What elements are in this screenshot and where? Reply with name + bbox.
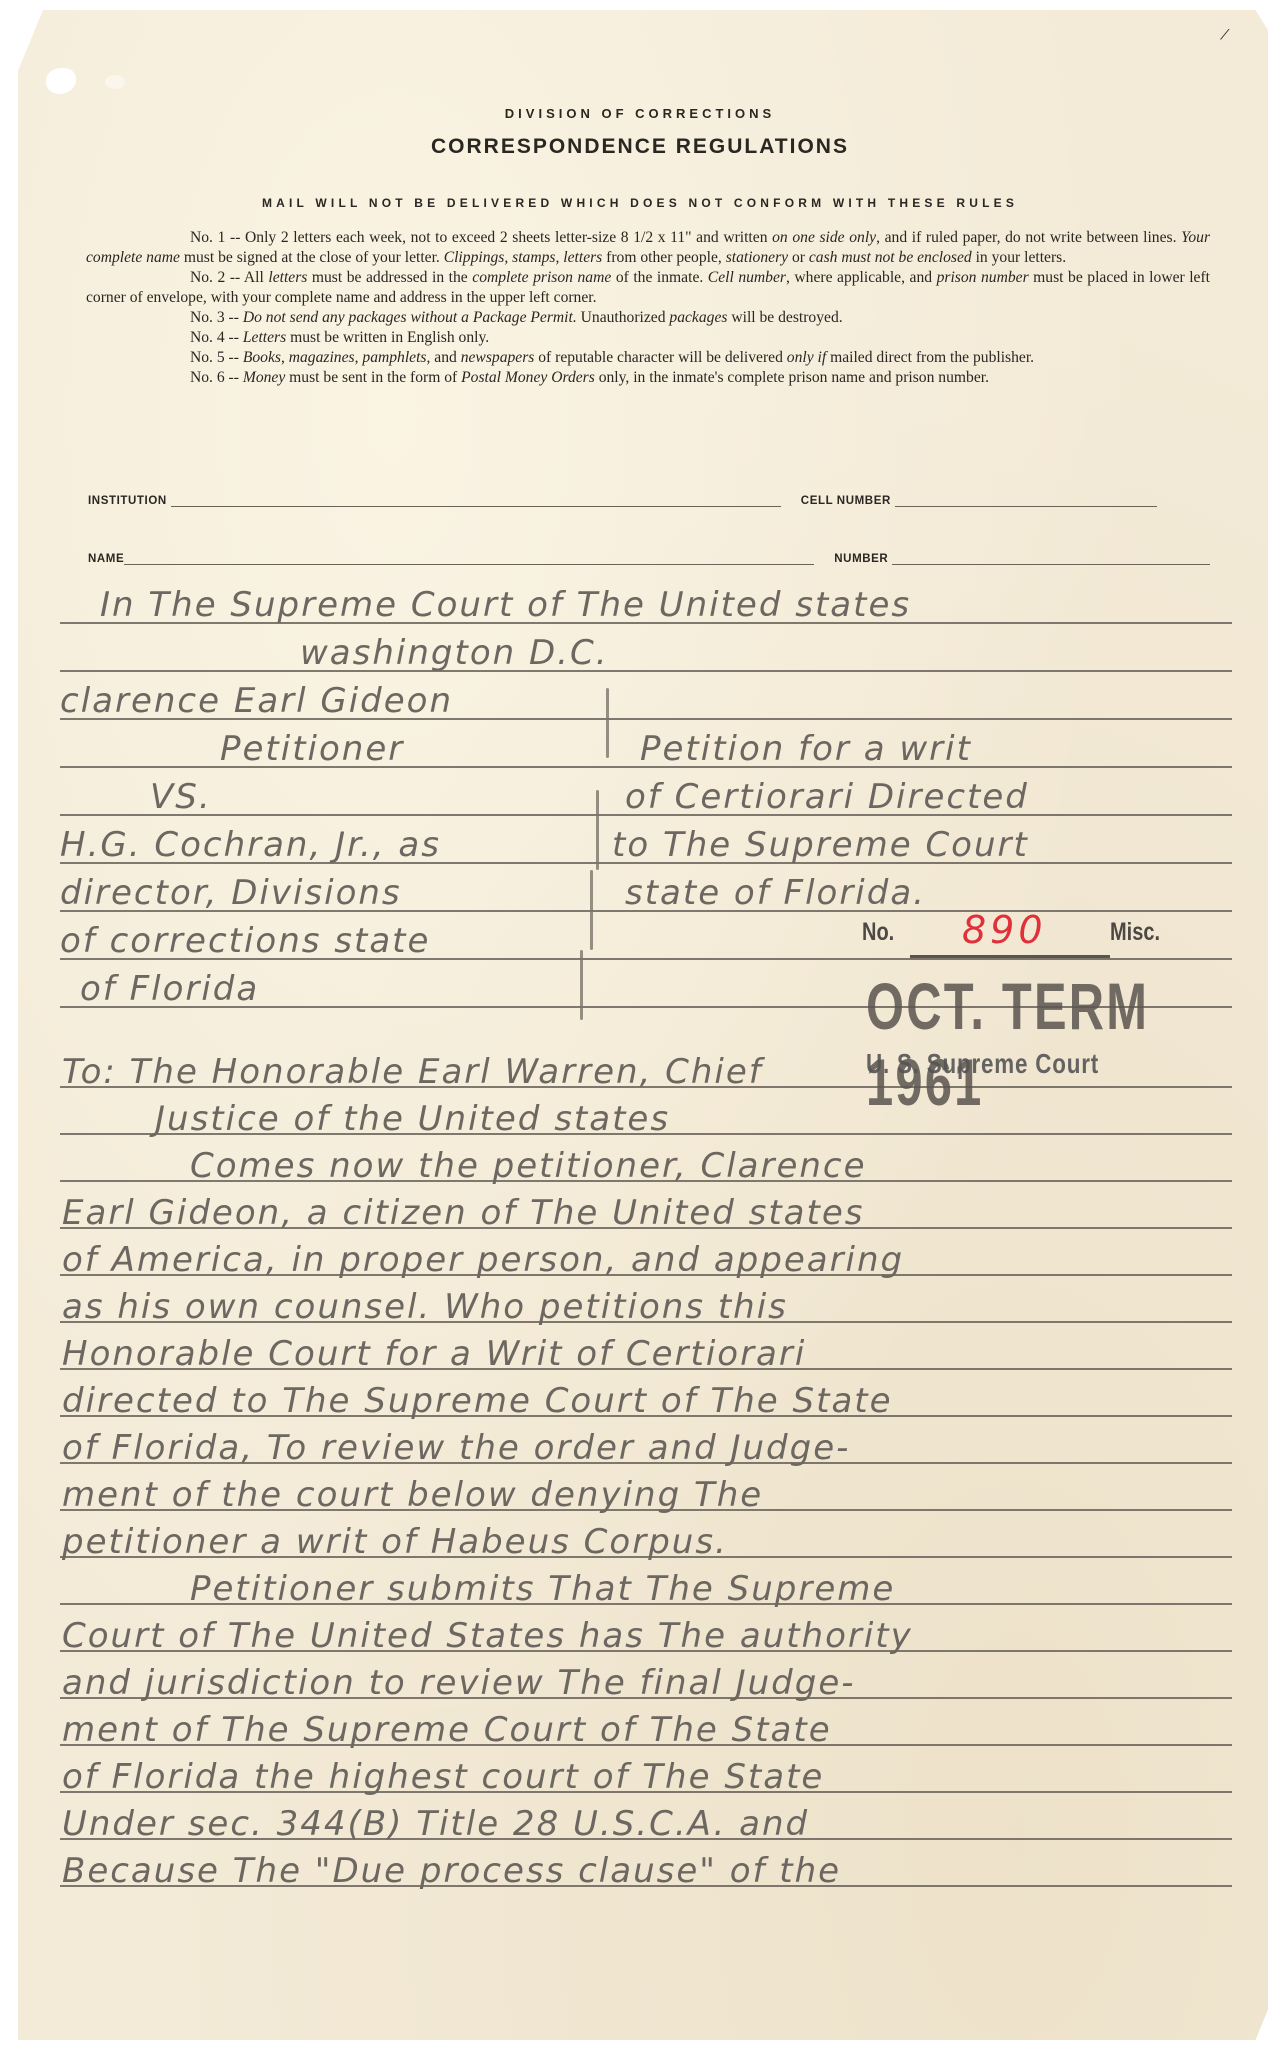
name-field[interactable] [124,552,814,565]
caption-bracket [580,950,583,1020]
caption-respondent-line3: of corrections state [60,921,430,961]
letter-line: To: The Honorable Earl Warren, Chief [62,1052,763,1092]
caption-bracket [590,870,593,950]
letter-line: Petitioner submits That The Supreme [190,1569,895,1609]
letter-line: Court of The United States has The autho… [62,1616,913,1656]
stamp-term: OCT. TERM 1961 [866,968,1172,1120]
letter-line: Under sec. 344(B) Title 28 U.S.C.A. and [62,1804,809,1844]
stamp-number-label: No. [862,918,894,947]
docket-number: 890 [962,908,1047,952]
number-field[interactable] [892,552,1210,565]
regulation-number: No. 2 -- [190,269,240,286]
caption-respondent-line2: director, Divisions [60,873,402,913]
letter-line: of Florida the highest court of The Stat… [62,1757,824,1797]
delivery-warning: MAIL WILL NOT BE DELIVERED WHICH DOES NO… [0,196,1280,210]
letter-line: Honorable Court for a Writ of Certiorari [62,1334,806,1374]
caption-petitioner-label: Petitioner [220,729,404,769]
caption-petition-line2: of Certiorari Directed [625,777,1029,817]
letter-line: as his own counsel. Who petitions this [62,1287,788,1327]
caption-respondent-line1: H.G. Cochran, Jr., as [60,825,441,865]
regulation-number: No. 6 -- [190,369,239,386]
regulation-number: No. 3 -- [190,309,239,326]
stamp-number-line [910,955,1110,958]
regulation-item: No. 3 -- Do not send any packages withou… [86,308,1210,328]
department-heading: DIVISION OF CORRECTIONS [0,106,1280,121]
name-row: NAME NUMBER [88,552,1228,565]
regulation-item: No. 4 -- Letters must be written in Engl… [86,328,1210,348]
caption-petition-line1: Petition for a writ [640,729,972,769]
letter-line: ment of The Supreme Court of The State [62,1710,832,1750]
letter-line: petitioner a writ of Habeus Corpus. [62,1522,728,1562]
stamp-misc-label: Misc. [1110,918,1160,947]
caption-bracket [606,688,609,758]
caption-petitioner-name: clarence Earl Gideon [60,681,453,721]
regulation-number: No. 4 -- [190,329,239,346]
number-label: NUMBER [834,553,888,565]
letter-line: Because The "Due process clause" of the [62,1851,841,1891]
caption-petition-line3: to The Supreme Court [612,825,1029,865]
letter-line: of Florida, To review the order and Judg… [62,1428,850,1468]
regulation-item: No. 5 -- Books, magazines, pamphlets, an… [86,348,1210,368]
regulation-item: No. 1 -- Only 2 letters each week, not t… [86,228,1210,268]
institution-label: INSTITUTION [88,495,167,507]
institution-field[interactable] [171,494,781,507]
regulations-list: No. 1 -- Only 2 letters each week, not t… [86,228,1210,388]
letter-line: ment of the court below denying The [62,1475,763,1515]
handwritten-heading-line1: In The Supreme Court of The United state… [100,585,911,625]
handwritten-heading-line2: washington D.C. [300,633,609,673]
stamp-court: U. S. Supreme Court [866,1048,1099,1080]
caption-petition-line4: state of Florida. [625,873,926,913]
institution-row: INSTITUTION CELL NUMBER [88,494,1228,507]
regulation-number: No. 1 -- [190,229,240,246]
letter-line: and jurisdiction to review The final Jud… [62,1663,856,1703]
paper-tear [105,75,125,89]
form-title: CORRESPONDENCE REGULATIONS [0,135,1280,159]
regulation-item: No. 2 -- All letters must be addressed i… [86,268,1210,308]
caption-respondent-line4: of Florida [80,969,259,1009]
letter-line: of America, in proper person, and appear… [62,1240,904,1280]
caption-versus: VS. [150,777,212,817]
letter-line: directed to The Supreme Court of The Sta… [62,1381,893,1421]
letter-line: Comes now the petitioner, Clarence [190,1146,867,1186]
ruled-line [60,670,1232,672]
cell-number-field[interactable] [895,494,1157,507]
letter-line: Earl Gideon, a citizen of The United sta… [62,1193,864,1233]
regulation-item: No. 6 -- Money must be sent in the form … [86,368,1210,388]
regulation-number: No. 5 -- [190,349,239,366]
cell-number-label: CELL NUMBER [801,495,891,507]
caption-bracket [596,790,599,870]
name-label: NAME [88,553,124,565]
letter-line: Justice of the United states [155,1099,670,1139]
